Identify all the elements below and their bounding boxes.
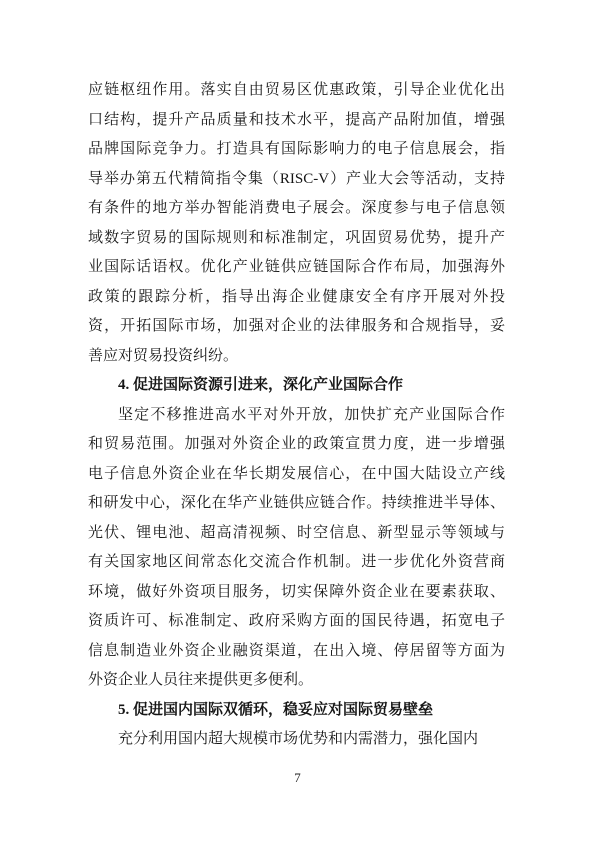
text-line: 应链枢纽作用。落实自由贸易区优惠政策，引导企业优化出	[88, 76, 505, 106]
page-footer: 7	[0, 770, 595, 786]
text-line: 坚定不移推进高水平对外开放，加快扩充产业国际合作	[88, 401, 505, 431]
text-line: 导举办第五代精简指令集（RISC-V）产业大会等活动，支持	[88, 165, 505, 195]
text-area: 应链枢纽作用。落实自由贸易区优惠政策，引导企业优化出口结构，提升产品质量和技术水…	[88, 76, 505, 755]
text-line: 域数字贸易的国际规则和标准制定，巩固贸易优势，提升产	[88, 224, 505, 254]
text-line: 口结构，提升产品质量和技术水平，提高产品附加值，增强	[88, 106, 505, 136]
text-line: 有条件的地方举办智能消费电子展会。深度参与电子信息领	[88, 194, 505, 224]
text-line: 资，开拓国际市场，加强对企业的法律服务和合规指导，妥	[88, 312, 505, 342]
text-line: 电子信息外资企业在华长期发展信心，在中国大陆设立产线	[88, 460, 505, 490]
text-line: 外资企业人员往来提供更多便利。	[88, 666, 505, 696]
section-heading: 4. 促进国际资源引进来，深化产业国际合作	[88, 371, 505, 401]
text-line: 环境，做好外资项目服务，切实保障外资企业在要素获取、	[88, 578, 505, 608]
text-line: 光伏、锂电池、超高清视频、时空信息、新型显示等领域与	[88, 519, 505, 549]
text-line: 有关国家地区间常态化交流合作机制。进一步优化外资营商	[88, 548, 505, 578]
text-line: 善应对贸易投资纠纷。	[88, 342, 505, 372]
page-number: 7	[294, 770, 301, 785]
text-line: 信息制造业外资企业融资渠道，在出入境、停居留等方面为	[88, 637, 505, 667]
text-line: 政策的跟踪分析，指导出海企业健康安全有序开展对外投	[88, 283, 505, 313]
document-page: 应链枢纽作用。落实自由贸易区优惠政策，引导企业优化出口结构，提升产品质量和技术水…	[0, 0, 595, 841]
section-heading: 5. 促进国内国际双循环，稳妥应对国际贸易壁垒	[88, 696, 505, 726]
text-line: 充分利用国内超大规模市场优势和内需潜力，强化国内	[88, 725, 505, 755]
text-line: 资质许可、标准制定、政府采购方面的国民待遇，拓宽电子	[88, 607, 505, 637]
text-line: 业国际话语权。优化产业链供应链国际合作布局，加强海外	[88, 253, 505, 283]
text-line: 品牌国际竞争力。打造具有国际影响力的电子信息展会，指	[88, 135, 505, 165]
text-line: 和研发中心，深化在华产业链供应链合作。持续推进半导体、	[88, 489, 505, 519]
text-line: 和贸易范围。加强对外资企业的政策宣贯力度，进一步增强	[88, 430, 505, 460]
